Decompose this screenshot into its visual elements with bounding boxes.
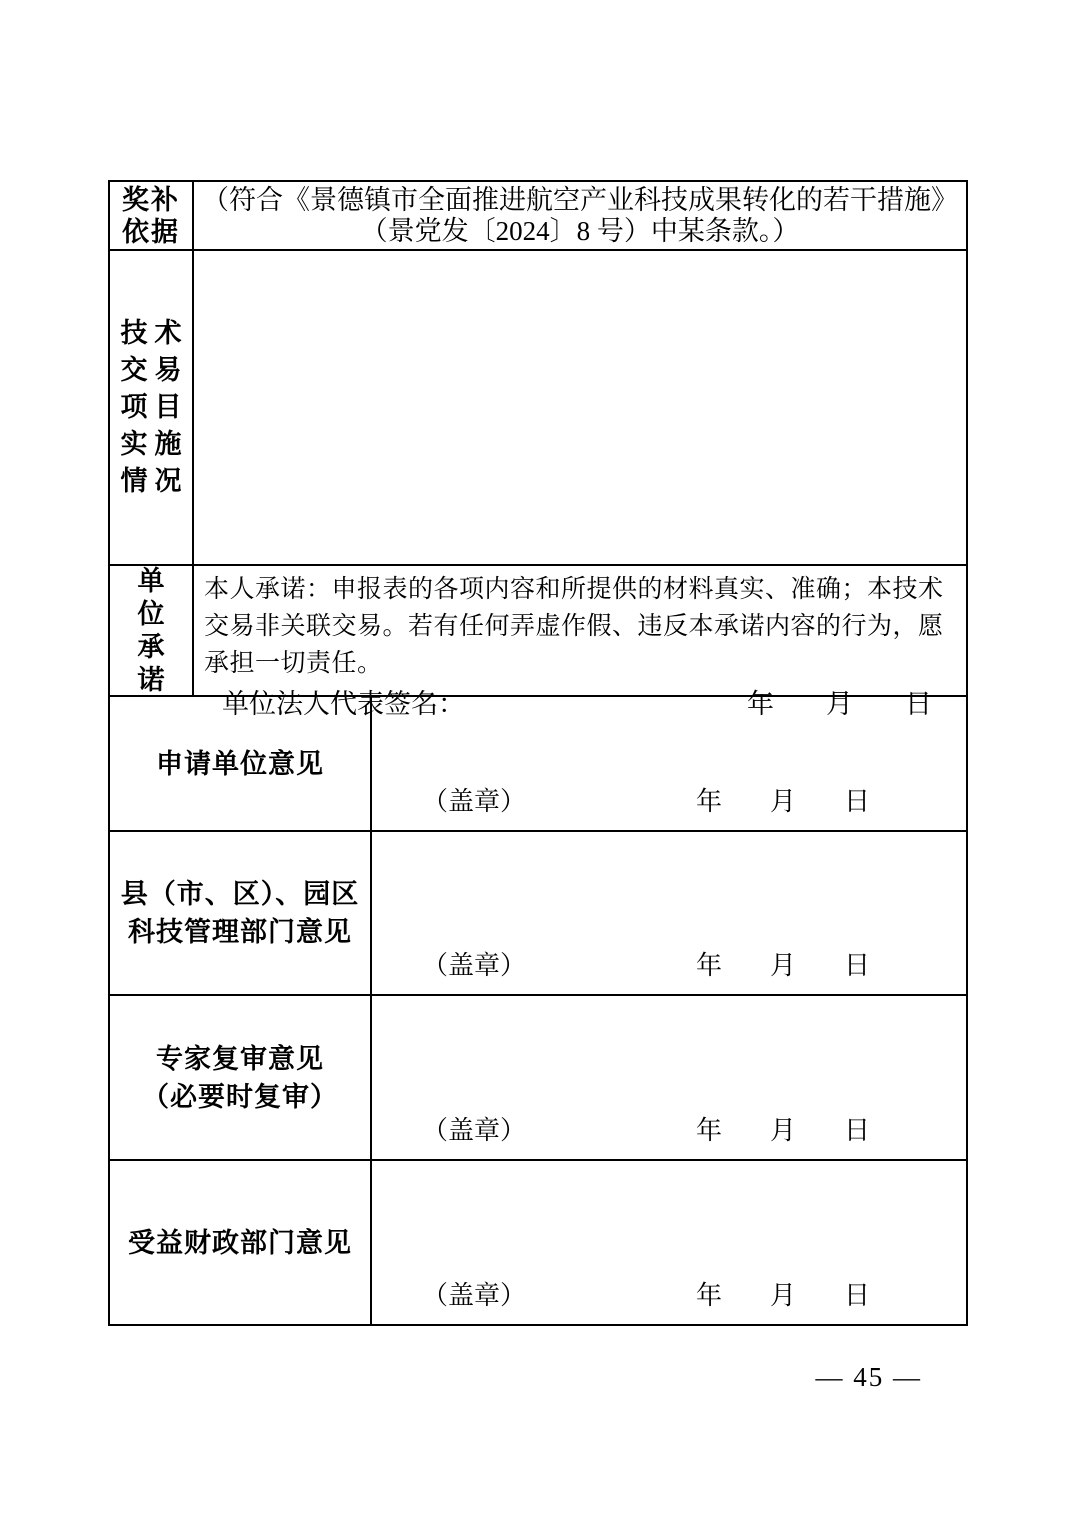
header-line: 交易 <box>114 352 189 389</box>
header-line: 专家复审意见 <box>156 1040 324 1078</box>
header-line: 单 <box>138 565 165 598</box>
day-label: 日 <box>844 1110 870 1147</box>
month-label: 月 <box>770 945 796 982</box>
project-implementation-header-cell: 技术 交易 项目 实施 情况 <box>110 251 194 564</box>
county-park-opinion-content-cell: （盖章） 年 月 日 <box>372 832 966 994</box>
header-line: 位 <box>138 598 165 631</box>
stamp-date-line: （盖章） 年 月 日 <box>372 1110 966 1159</box>
stamp-label: （盖章） <box>422 781 526 818</box>
table-row-reward-basis: 奖补 依据 （符合《景德镇市全面推进航空产业科技成果转化的若干措施》 （景党发〔… <box>110 182 966 249</box>
application-form-table: 奖补 依据 （符合《景德镇市全面推进航空产业科技成果转化的若干措施》 （景党发〔… <box>108 180 968 1326</box>
applicant-opinion-content-cell: （盖章） 年 月 日 <box>372 697 966 830</box>
month-label: 月 <box>770 781 796 818</box>
year-label: 年 <box>696 1275 722 1312</box>
reward-basis-line: （景党发〔2024〕8 号）中某条款。） <box>361 216 800 247</box>
table-row-expert-review-opinion: 专家复审意见 （必要时复审） （盖章） 年 月 日 <box>110 994 966 1159</box>
date-fields: 年 月 日 <box>696 1275 870 1312</box>
day-label: 日 <box>844 781 870 818</box>
year-label: 年 <box>696 781 722 818</box>
table-row-county-park-opinion: 县（市、区）、园区 科技管理部门意见 （盖章） 年 月 日 <box>110 830 966 994</box>
table-row-applicant-opinion: 申请单位意见 （盖章） 年 月 日 <box>110 695 966 830</box>
year-label: 年 <box>696 1110 722 1147</box>
header-line: 奖补 <box>122 184 180 216</box>
commitment-statement: 本人承诺：申报表的各项内容和所提供的材料真实、准确；本技术交易非关联交易。若有任… <box>204 571 962 682</box>
reward-basis-content-cell: （符合《景德镇市全面推进航空产业科技成果转化的若干措施》 （景党发〔2024〕8… <box>194 182 966 249</box>
date-fields: 年 月 日 <box>696 945 870 982</box>
stamp-label: （盖章） <box>422 1275 526 1312</box>
header-line: 实施 <box>114 426 189 463</box>
day-label: 日 <box>844 945 870 982</box>
stamp-date-line: （盖章） 年 月 日 <box>372 945 966 994</box>
header-line: 项目 <box>114 389 189 426</box>
stamp-label: （盖章） <box>422 1110 526 1147</box>
month-label: 月 <box>770 1275 796 1312</box>
header-line: 县（市、区）、园区 <box>121 875 360 913</box>
header-line: 技术 <box>114 315 189 352</box>
header-line: 受益财政部门意见 <box>128 1224 352 1262</box>
applicant-opinion-header-cell: 申请单位意见 <box>110 697 372 830</box>
beneficiary-finance-opinion-header-cell: 受益财政部门意见 <box>110 1161 372 1324</box>
beneficiary-finance-opinion-content-cell: （盖章） 年 月 日 <box>372 1161 966 1324</box>
table-row-project-implementation: 技术 交易 项目 实施 情况 <box>110 249 966 564</box>
header-line: 情况 <box>114 463 189 500</box>
county-park-opinion-header-cell: 县（市、区）、园区 科技管理部门意见 <box>110 832 372 994</box>
header-line: 申请单位意见 <box>156 745 324 783</box>
page-number: — 45 — <box>816 1362 923 1393</box>
document-page: 奖补 依据 （符合《景德镇市全面推进航空产业科技成果转化的若干措施》 （景党发〔… <box>0 0 1074 1520</box>
header-line: （必要时复审） <box>142 1078 338 1116</box>
table-row-unit-commitment: 单 位 承 诺 本人承诺：申报表的各项内容和所提供的材料真实、准确；本技术交易非… <box>110 564 966 695</box>
project-implementation-content-cell <box>194 251 966 564</box>
stamp-label: （盖章） <box>422 945 526 982</box>
header-line: 承 <box>138 631 165 664</box>
year-label: 年 <box>696 945 722 982</box>
expert-review-opinion-content-cell: （盖章） 年 月 日 <box>372 996 966 1159</box>
month-label: 月 <box>770 1110 796 1147</box>
reward-basis-line: （符合《景德镇市全面推进航空产业科技成果转化的若干措施》 <box>202 185 958 216</box>
unit-commitment-header-cell: 单 位 承 诺 <box>110 566 194 695</box>
date-fields: 年 月 日 <box>696 1110 870 1147</box>
reward-basis-header-cell: 奖补 依据 <box>110 182 194 249</box>
stamp-date-line: （盖章） 年 月 日 <box>372 1275 966 1324</box>
header-line: 依据 <box>122 216 180 248</box>
unit-commitment-content-cell: 本人承诺：申报表的各项内容和所提供的材料真实、准确；本技术交易非关联交易。若有任… <box>194 566 966 695</box>
date-fields: 年 月 日 <box>696 781 870 818</box>
header-line: 诺 <box>138 664 165 697</box>
header-line: 科技管理部门意见 <box>128 913 352 951</box>
table-row-beneficiary-finance-opinion: 受益财政部门意见 （盖章） 年 月 日 <box>110 1159 966 1324</box>
stamp-date-line: （盖章） 年 月 日 <box>372 781 966 830</box>
day-label: 日 <box>844 1275 870 1312</box>
expert-review-opinion-header-cell: 专家复审意见 （必要时复审） <box>110 996 372 1159</box>
